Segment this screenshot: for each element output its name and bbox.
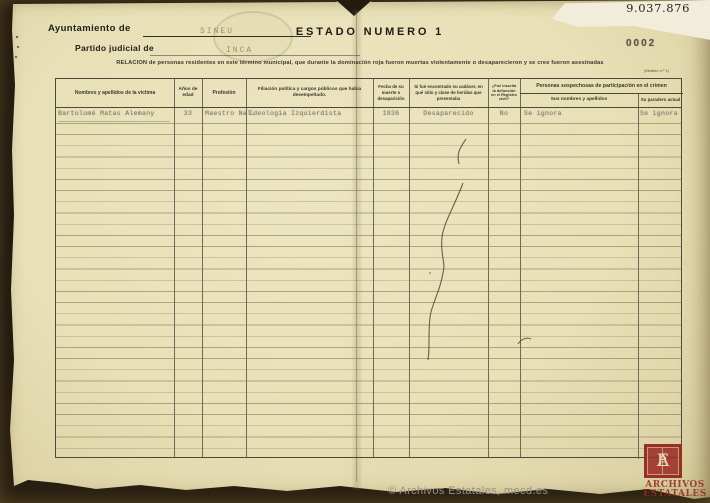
typed-underline — [58, 121, 170, 122]
col-header-civil-registry: ¿Fué inscrita la defunción en el Registr… — [488, 79, 520, 107]
ruled-row-lines — [56, 123, 681, 459]
logo-caption: ARCHIVOS ESTATALES — [632, 481, 710, 500]
col-group-header-suspects: Personas sospechosas de participación en… — [520, 79, 683, 93]
col-header-name: Nombres y apellidos de la víctima — [56, 79, 174, 107]
archivos-estatales-logo: A E — [644, 444, 682, 478]
municipality-label: Ayuntamiento de — [48, 23, 131, 34]
page-number-stamp: 0002 — [626, 38, 656, 49]
sheet-serial-number: 9.037.876 — [626, 1, 690, 15]
cell-body-found: Desaparecido — [409, 110, 488, 122]
model-note: (Modelo n.º 1) — [644, 68, 669, 73]
municipality-value: SINEU — [200, 27, 234, 36]
col-header-political-affiliation: Filiación política y cargos públicos que… — [246, 79, 373, 107]
copyright-watermark: © Archivos Estatales, mecd.es — [388, 485, 548, 497]
col-header-suspects-names: Sus nombres y apellidos — [520, 93, 638, 107]
col-header-suspects-whereabouts: Su paradero actual — [638, 93, 683, 107]
col-header-age: Años de edad — [174, 79, 202, 107]
col-header-profession: Profesión — [202, 79, 246, 107]
group-header-divider — [520, 93, 683, 94]
cell-suspects-whereabouts: Se ignora — [640, 110, 678, 122]
judicial-district-label: Partido judicial de — [75, 43, 154, 53]
cell-death-date: 1936 — [373, 110, 409, 122]
victims-table: Nombres y apellidos de la víctima Años d… — [55, 78, 682, 458]
form-subtitle: RELACION de personas residentes en este … — [40, 60, 680, 66]
cell-political-affiliation: Ideología Izquierdista — [249, 110, 341, 122]
col-header-death-date: Fecha de su muerte o desaparición — [373, 79, 409, 107]
judicial-district-blank-line — [150, 55, 360, 56]
cell-civil-registry: No — [488, 110, 520, 122]
logo-divider — [662, 448, 663, 474]
header-bottom-rule — [56, 107, 681, 108]
judicial-district-value: INCA — [226, 46, 253, 55]
cell-age: 33 — [174, 110, 202, 122]
cell-suspects-names: Se ignora — [524, 110, 562, 122]
scanned-document-page: 9.037.876 Ayuntamiento de SINEU ESTADO N… — [0, 0, 710, 503]
col-header-body-found: Si fué encontrado su cadáver, en qué sit… — [409, 79, 488, 107]
cell-profession: Maestro Nal. — [205, 110, 255, 122]
form-title: ESTADO NUMERO 1 — [280, 26, 460, 38]
